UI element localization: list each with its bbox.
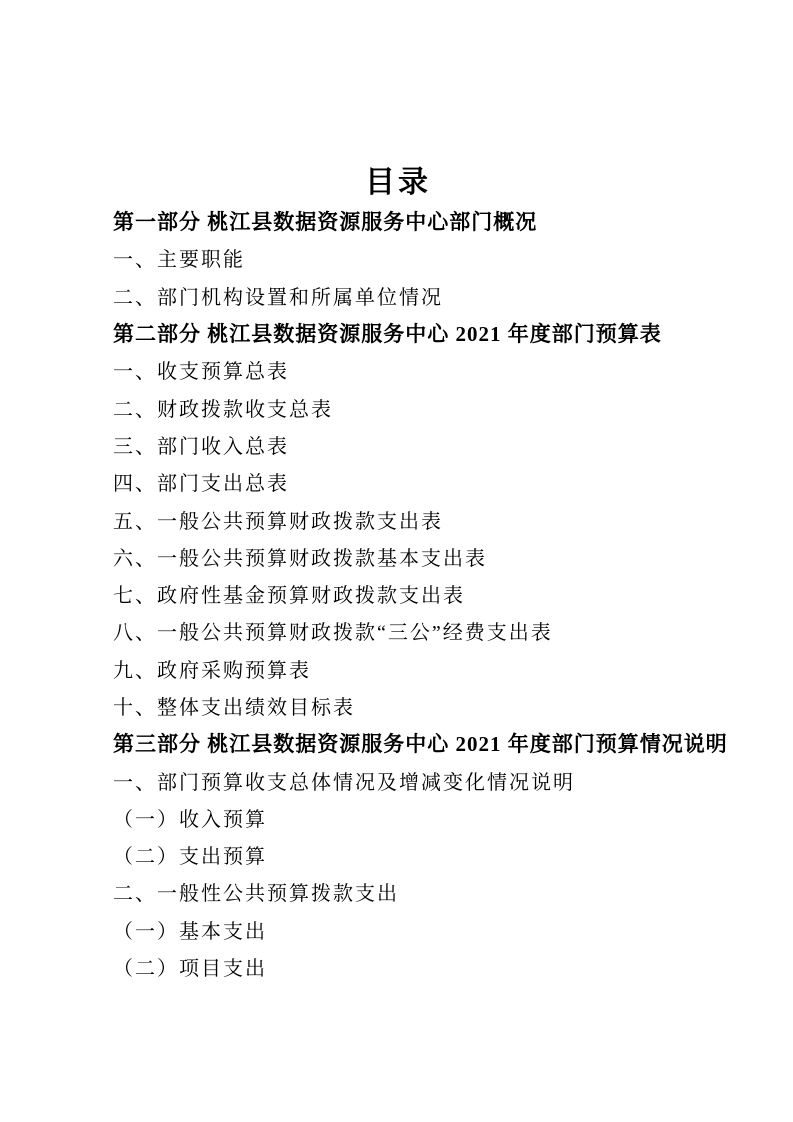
- toc-entry: 三、部门收入总表: [113, 426, 683, 463]
- toc-entry: 十、整体支出绩效目标表: [113, 687, 683, 724]
- toc-entry: 五、一般公共预算财政拨款支出表: [113, 500, 683, 537]
- toc-entry: 八、一般公共预算财政拨款“三公”经费支出表: [113, 612, 683, 649]
- toc-section-heading: 第三部分 桃江县数据资源服务中心 2021 年度部门预算情况说明: [113, 724, 683, 761]
- toc-entry: 七、政府性基金预算财政拨款支出表: [113, 575, 683, 612]
- toc-section-heading: 第一部分 桃江县数据资源服务中心部门概况: [113, 202, 683, 239]
- toc-entry: 九、政府采购预算表: [113, 650, 683, 687]
- toc-list: 第一部分 桃江县数据资源服务中心部门概况一、主要职能二、部门机构设置和所属单位情…: [113, 202, 683, 985]
- toc-entry: （一）基本支出: [113, 911, 683, 948]
- toc-entry: 二、部门机构设置和所属单位情况: [113, 277, 683, 314]
- page-title: 目录: [113, 160, 683, 198]
- document-page: 目录 第一部分 桃江县数据资源服务中心部门概况一、主要职能二、部门机构设置和所属…: [0, 0, 793, 1122]
- toc-content: 目录 第一部分 桃江县数据资源服务中心部门概况一、主要职能二、部门机构设置和所属…: [113, 160, 683, 985]
- toc-entry: 六、一般公共预算财政拨款基本支出表: [113, 538, 683, 575]
- toc-entry: 二、财政拨款收支总表: [113, 388, 683, 425]
- toc-entry: （二）项目支出: [113, 948, 683, 985]
- toc-entry: 一、主要职能: [113, 239, 683, 276]
- toc-section-heading: 第二部分 桃江县数据资源服务中心 2021 年度部门预算表: [113, 314, 683, 351]
- toc-entry: （二）支出预算: [113, 836, 683, 873]
- toc-entry: 一、收支预算总表: [113, 351, 683, 388]
- toc-entry: 二、一般性公共预算拨款支出: [113, 873, 683, 910]
- toc-entry: （一）收入预算: [113, 799, 683, 836]
- toc-entry: 四、部门支出总表: [113, 463, 683, 500]
- toc-entry: 一、部门预算收支总体情况及增减变化情况说明: [113, 761, 683, 798]
